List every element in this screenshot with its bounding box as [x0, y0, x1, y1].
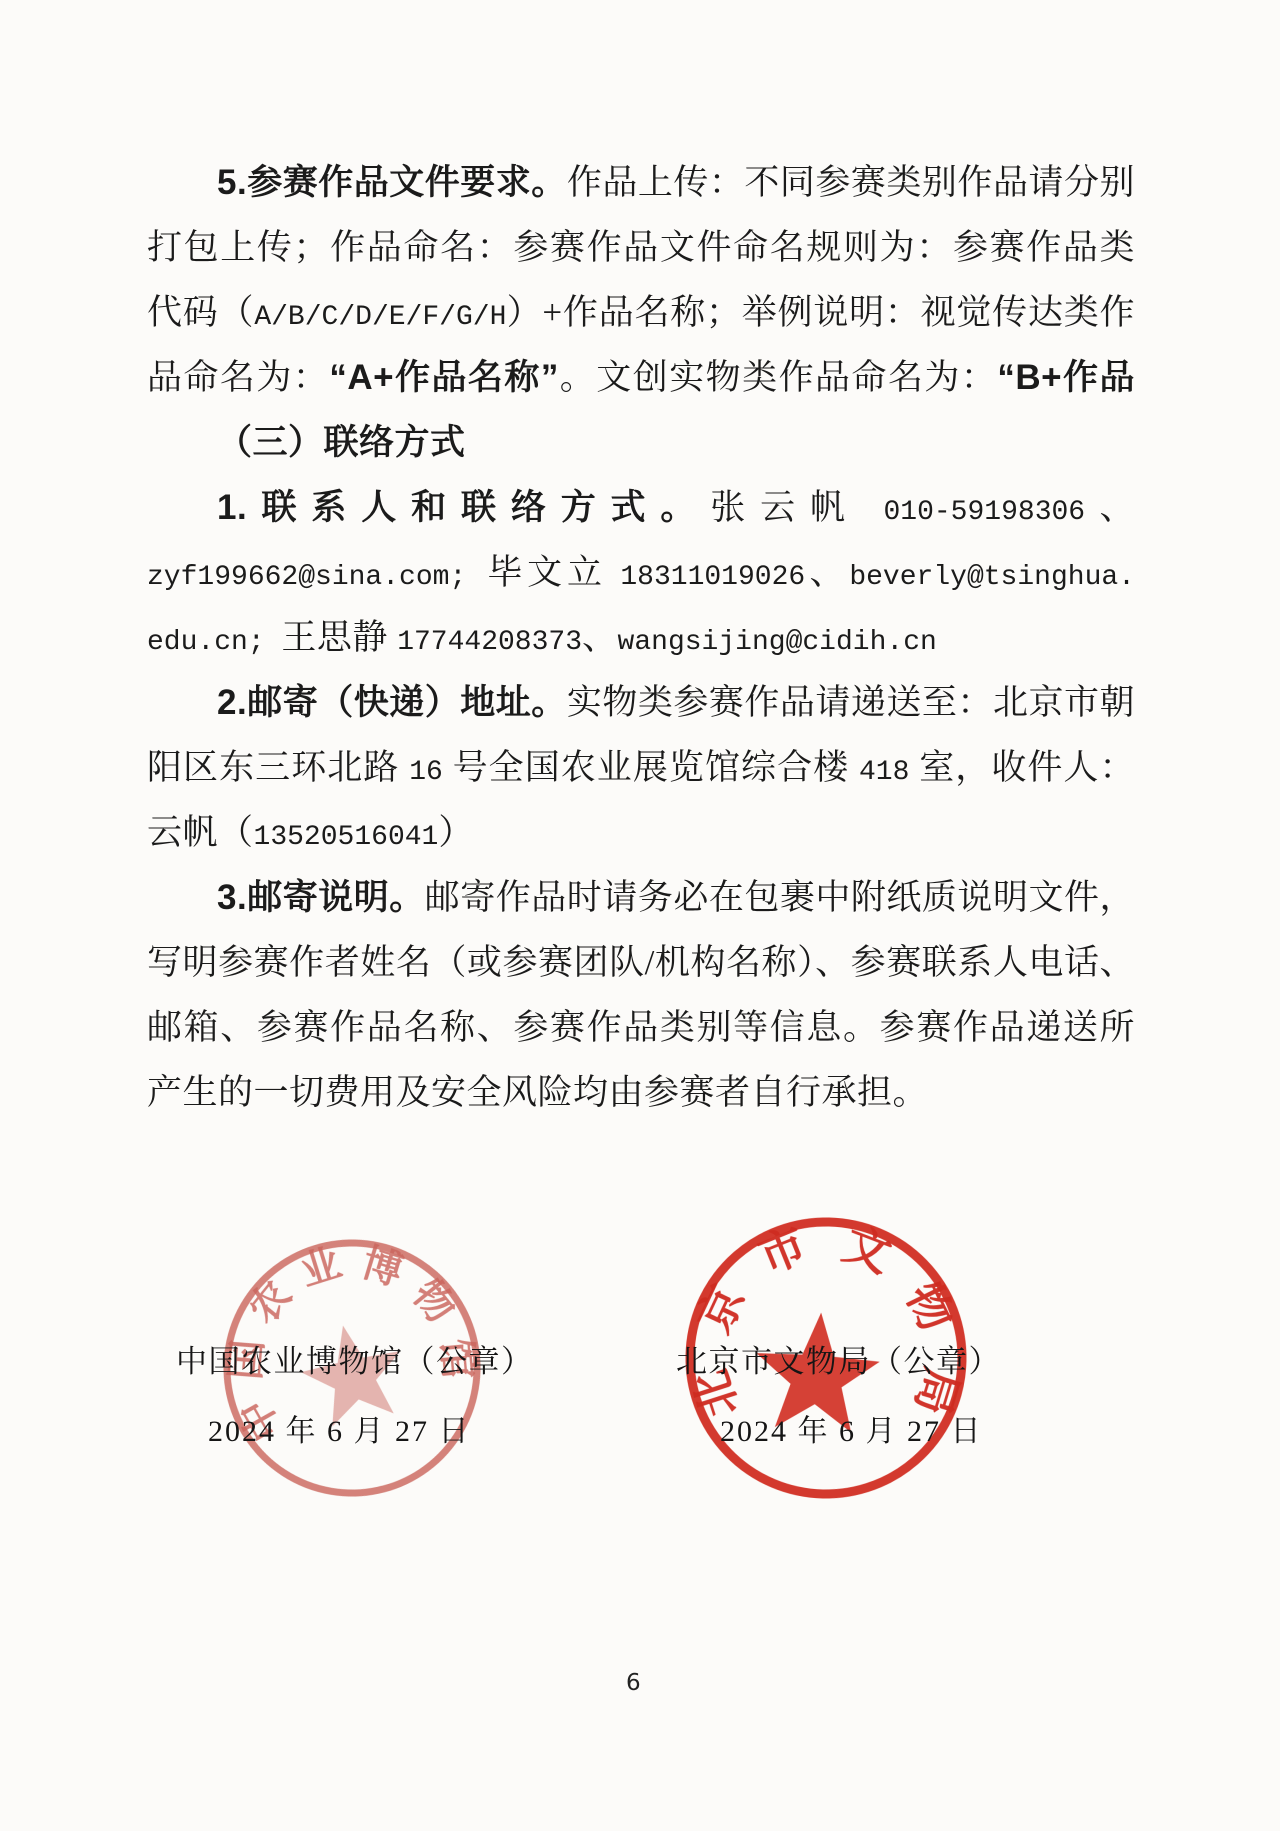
phone-number: 17744208373	[397, 627, 582, 658]
text-segment: 邮寄作品时请务必在包裹中附纸质说明文件，	[425, 878, 1135, 917]
text-line: 代码（A/B/C/D/E/F/G/H）+作品名称；举例说明：视觉传达类作	[147, 280, 1135, 345]
text-segment: A/B/C/D/E/F/G/H	[254, 302, 506, 333]
text-segment: 云帆（	[147, 813, 254, 852]
text-segment: 、	[805, 553, 849, 592]
text-segment: 、	[1085, 488, 1135, 527]
signature-left-org: 中国农业博物馆（公章）	[176, 1336, 534, 1381]
page-number: 6	[626, 1670, 641, 1696]
phone-number: 18311019026	[620, 562, 805, 593]
text-segment: ）	[438, 813, 474, 852]
text-line: 产生的一切费用及安全风险均由参赛者自行承担。	[147, 1060, 1135, 1125]
signature-right-date: 2024 年 6 月 27 日	[720, 1406, 983, 1450]
text-segment: 张云帆	[710, 488, 883, 527]
text-segment: 阳区东三环北路	[147, 748, 409, 787]
text-segment: 号全国农业展览馆综合楼	[443, 748, 859, 787]
section-heading: （三）联络方式	[147, 410, 1135, 475]
text-line: 1.联系人和联络方式。张云帆 010-59198306、13520516041、	[147, 475, 1135, 540]
text-line: edu.cn; 王思静 17744208373、wangsijing@cidih…	[147, 605, 1135, 670]
signature-left-date: 2024 年 6 月 27 日	[208, 1406, 471, 1450]
text-line: 5.参赛作品文件要求。作品上传：不同参赛类别作品请分别	[147, 150, 1135, 215]
text-segment: ）+作品名称；举例说明：视觉传达类作	[506, 293, 1135, 332]
text-segment: 王思静	[281, 618, 397, 657]
text-segment: 品命名为：	[147, 358, 329, 397]
text-line: 写明参赛作者姓名（或参赛团队/机构名称）、参赛联系人电话、	[147, 930, 1135, 995]
email-address: zyf199662@sina.com;	[147, 562, 487, 593]
text-line: 3.邮寄说明。邮寄作品时请务必在包裹中附纸质说明文件，	[147, 865, 1135, 930]
text-segment: 3.邮寄说明。	[217, 878, 425, 917]
phone-number: 13520516041	[254, 822, 439, 853]
text-segment: 写明参赛作者姓名（或参赛团队/机构名称）、参赛联系人电话、	[147, 943, 1135, 982]
text-segment: （三）联络方式	[217, 423, 466, 462]
text-segment: 打包上传；作品命名：参赛作品文件命名规则为：参赛作品类别	[147, 228, 1135, 280]
text-line: 邮箱、参赛作品名称、参赛作品类别等信息。参赛作品递送所	[147, 995, 1135, 1060]
text-line: 云帆（13520516041）	[147, 800, 1135, 865]
email-address: beverly@tsinghua.	[849, 562, 1135, 593]
signature-right-org: 北京市文物局（公章）	[676, 1336, 1001, 1381]
text-line: 打包上传；作品命名：参赛作品文件命名规则为：参赛作品类别	[147, 215, 1135, 280]
email-address: edu.cn;	[147, 627, 281, 658]
text-line: 品命名为：“A+作品名称”。文创实物类作品命名为：“B+作品名称”。	[147, 345, 1135, 410]
text-segment: 邮箱、参赛作品名称、参赛作品类别等信息。参赛作品递送所	[147, 1008, 1135, 1047]
text-segment: 作品上传：不同参赛类别作品请分别	[567, 163, 1135, 202]
text-segment: 2.邮寄（快递）地址。	[217, 683, 567, 722]
text-segment: 实物类参赛作品请递送至：北京市朝	[567, 683, 1135, 722]
text-line: 阳区东三环北路 16 号全国农业展览馆综合楼 418 室，收件人：张	[147, 735, 1135, 800]
text-segment: 1.联系人和联络方式。	[217, 488, 710, 527]
text-segment: 5.参赛作品文件要求。	[217, 163, 567, 202]
text-line: zyf199662@sina.com; 毕文立 18311019026、beve…	[147, 540, 1135, 605]
text-segment: 代码（	[147, 293, 254, 332]
text-segment: 16	[409, 757, 443, 788]
email-address: wangsijing@cidih.cn	[618, 627, 937, 658]
text-segment: 、	[582, 618, 618, 657]
text-line: 2.邮寄（快递）地址。实物类参赛作品请递送至：北京市朝	[147, 670, 1135, 735]
text-segment: 。文创实物类作品命名为：	[559, 358, 998, 397]
text-segment: 418	[859, 757, 909, 788]
document-page: 5.参赛作品文件要求。作品上传：不同参赛类别作品请分别 打包上传；作品命名：参赛…	[0, 0, 1280, 1831]
text-segment: 产生的一切费用及安全风险均由参赛者自行承担。	[147, 1073, 928, 1112]
text-segment: “A+作品名称”	[329, 358, 559, 397]
phone-number: 010-59198306	[883, 497, 1085, 528]
text-segment: 毕文立	[487, 553, 620, 592]
body-text-block: 5.参赛作品文件要求。作品上传：不同参赛类别作品请分别 打包上传；作品命名：参赛…	[147, 150, 1135, 1125]
